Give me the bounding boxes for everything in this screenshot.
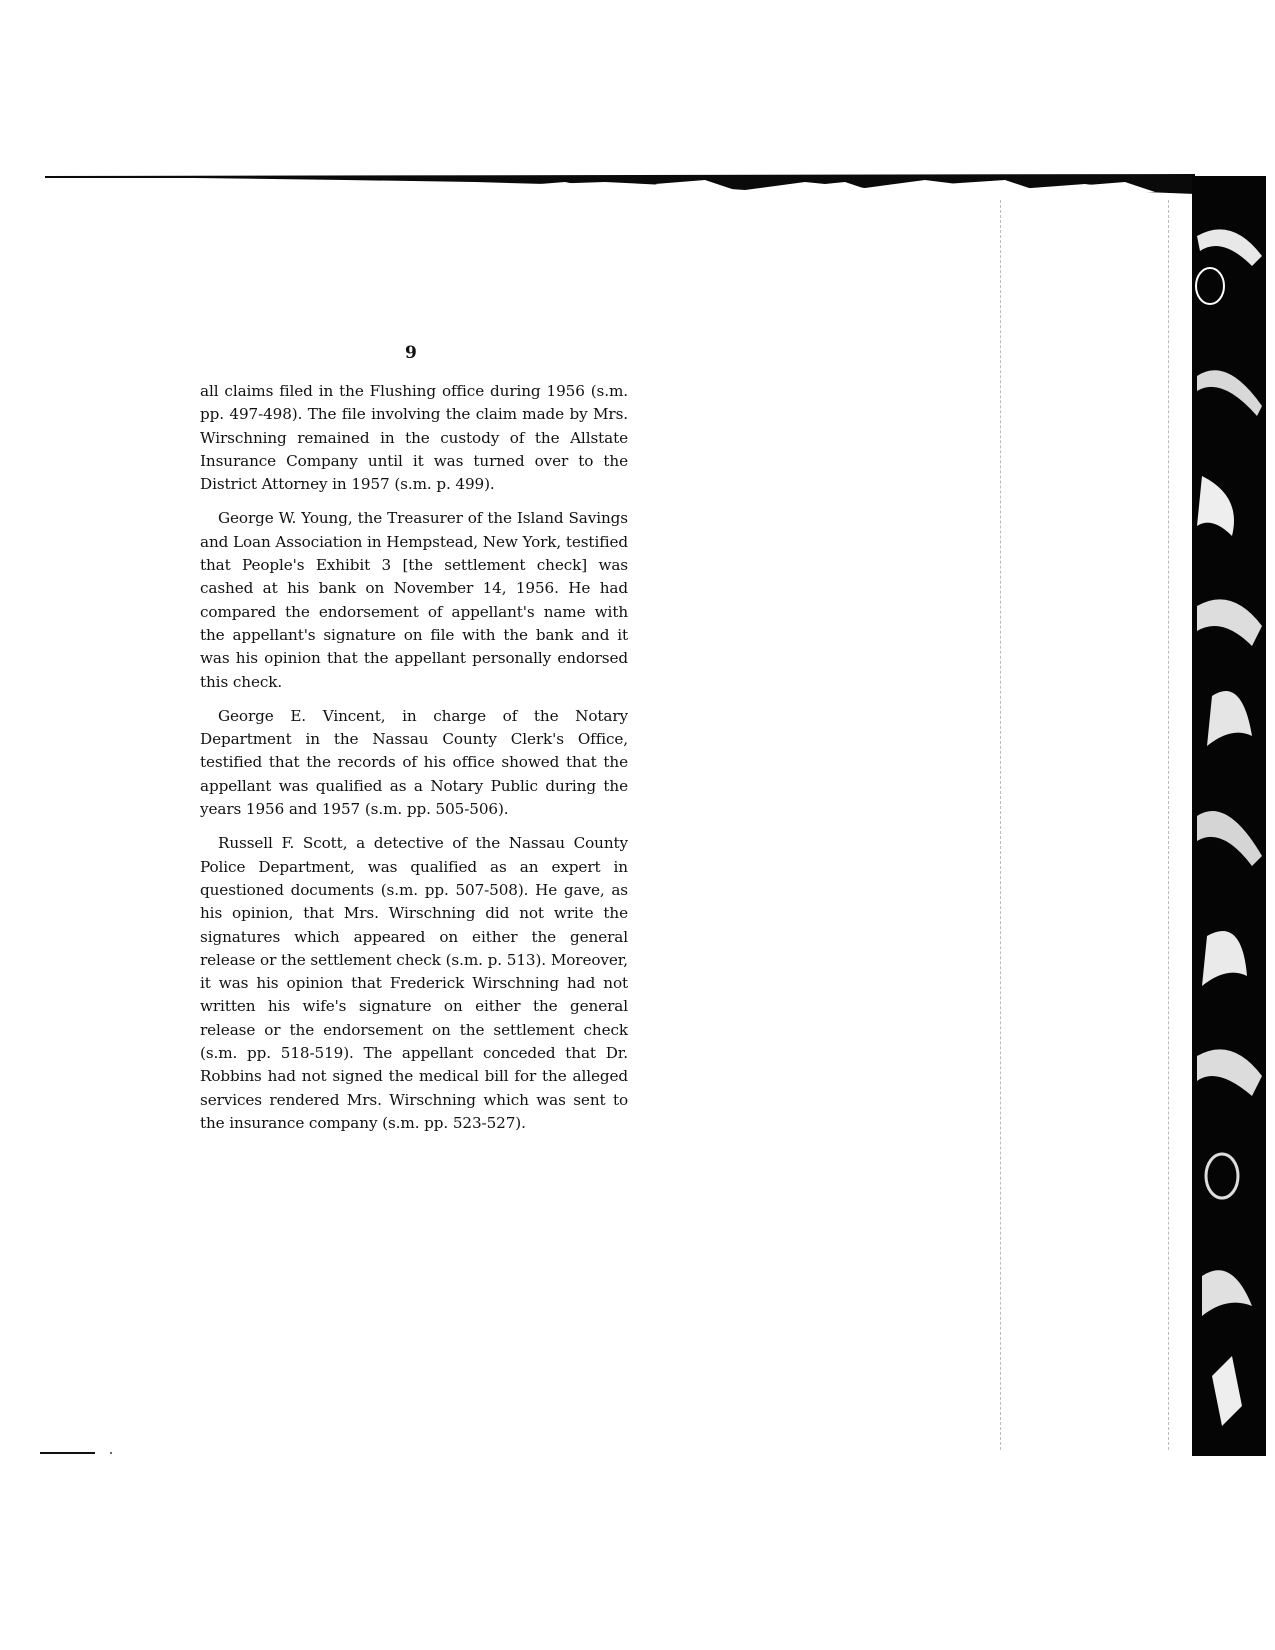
paragraph-scott-testimony: Russell F. Scott, a detective of the Nas… <box>200 832 628 1135</box>
scan-top-edge-artifact <box>45 172 1195 194</box>
document-body: all claims filed in the Flushing office … <box>200 380 628 1146</box>
scan-binding-edge <box>1192 176 1266 1456</box>
scan-speck <box>110 1452 112 1454</box>
paragraph-vincent-testimony: George E. Vincent, in charge of the Nota… <box>200 705 628 821</box>
scan-guide-line <box>1168 200 1169 1450</box>
scan-margin-mark <box>40 1452 95 1454</box>
scan-guide-line <box>1000 200 1001 1450</box>
paragraph-young-testimony: George W. Young, the Treasurer of the Is… <box>200 507 628 693</box>
page-number: 9 <box>405 343 417 363</box>
paragraph-continuation: all claims filed in the Flushing office … <box>200 380 628 496</box>
